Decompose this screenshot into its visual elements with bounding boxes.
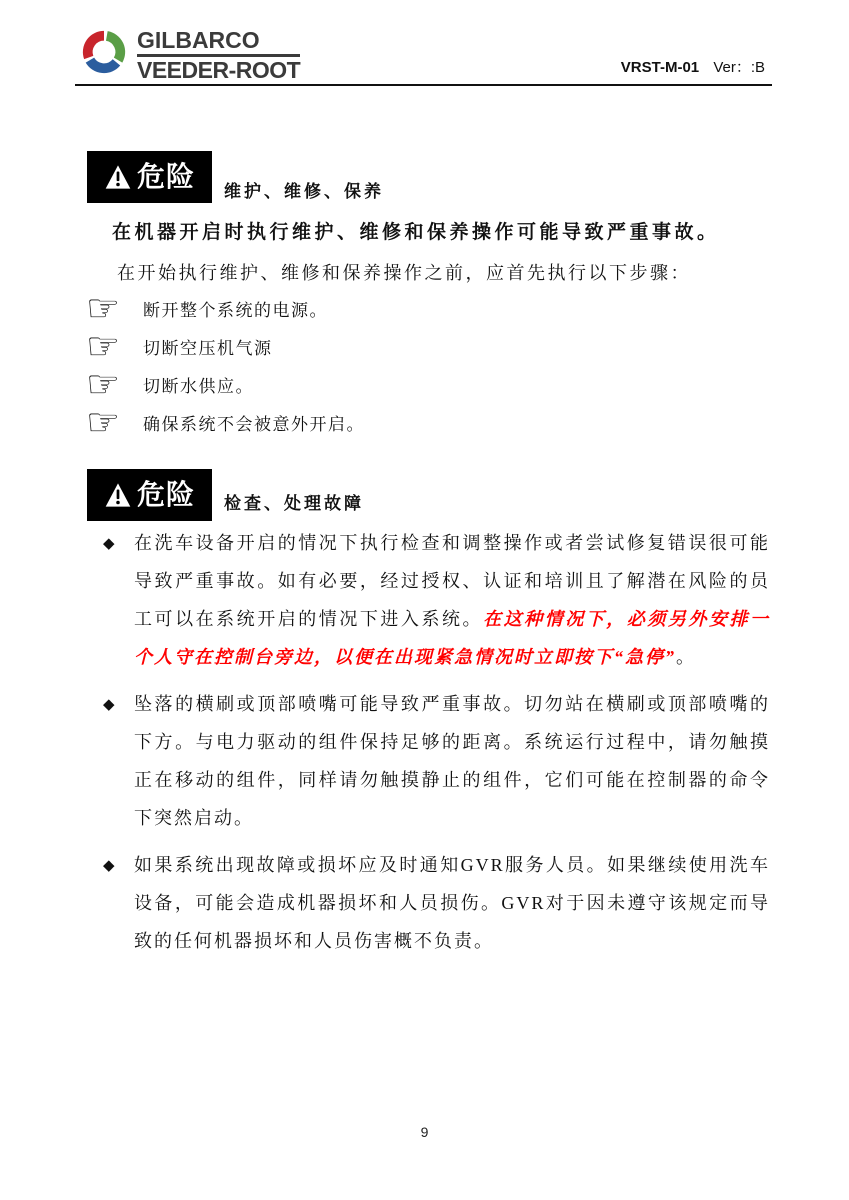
diamond-bullet-icon: ◆	[103, 524, 134, 676]
list-item: ☞ 确保系统不会被意外开启。	[86, 403, 365, 441]
warning-triangle-icon	[104, 164, 132, 190]
step-text: 确保系统不会被意外开启。	[143, 410, 365, 435]
list-item: ◆ 如果系统出现故障或损坏应及时通知GVR服务人员。如果继续使用洗车设备，可能会…	[103, 846, 770, 960]
list-item: ◆ 坠落的横刷或顶部喷嘴可能导致严重事故。切勿站在横刷或顶部喷嘴的下方。与电力驱…	[103, 685, 770, 837]
list-item: ☞ 切断水供应。	[86, 365, 365, 403]
danger-label: 危险	[137, 481, 195, 509]
logo-line-veeder-root: VEEDER-ROOT	[137, 57, 300, 82]
step-text: 断开整个系统的电源。	[143, 296, 328, 321]
section-title-inspection: 检查、处理故障	[224, 489, 364, 514]
document-page: GILBARCO VEEDER-ROOT VRST-M-01 Ver：:B 危险…	[0, 0, 849, 1200]
bullet-paragraph: 如果系统出现故障或损坏应及时通知GVR服务人员。如果继续使用洗车设备，可能会造成…	[134, 846, 770, 960]
logo-line-gilbarco: GILBARCO	[137, 29, 300, 57]
document-code: VRST-M-01 Ver：:B	[621, 56, 765, 77]
step-text: 切断水供应。	[143, 372, 254, 397]
inspection-bullet-list: ◆ 在洗车设备开启的情况下执行检查和调整操作或者尝试修复错误很可能导致严重事故。…	[103, 524, 770, 969]
pointing-hand-icon: ☞	[86, 331, 143, 361]
maintenance-steps-list: ☞ 断开整个系统的电源。 ☞ 切断空压机气源 ☞ 切断水供应。 ☞ 确保系统不会…	[86, 289, 365, 441]
diamond-bullet-icon: ◆	[103, 685, 134, 837]
page-number: 9	[0, 1124, 849, 1140]
company-logo: GILBARCO VEEDER-ROOT	[78, 26, 300, 82]
diamond-bullet-icon: ◆	[103, 846, 134, 960]
doc-version-value: Ver：:B	[713, 59, 765, 76]
danger-banner-inspection: 危险	[87, 469, 212, 521]
maintenance-warning-text: 在机器开启时执行维护、维修和保养操作可能导致严重事故。	[112, 217, 720, 244]
bullet-text-period: 。	[676, 647, 696, 667]
list-item: ☞ 切断空压机气源	[86, 327, 365, 365]
list-item: ◆ 在洗车设备开启的情况下执行检查和调整操作或者尝试修复错误很可能导致严重事故。…	[103, 524, 770, 676]
list-item: ☞ 断开整个系统的电源。	[86, 289, 365, 327]
logo-wordmark: GILBARCO VEEDER-ROOT	[137, 26, 300, 82]
pointing-hand-icon: ☞	[86, 369, 143, 399]
doc-code-value: VRST-M-01	[621, 59, 699, 76]
danger-banner-maintenance: 危险	[87, 151, 212, 203]
gilbarco-logo-icon	[78, 26, 130, 78]
danger-label: 危险	[137, 163, 195, 191]
pointing-hand-icon: ☞	[86, 293, 143, 323]
step-text: 切断空压机气源	[143, 334, 273, 359]
section-title-maintenance: 维护、维修、保养	[224, 177, 384, 202]
maintenance-intro-text: 在开始执行维护、维修和保养操作之前，应首先执行以下步骤：	[117, 259, 691, 285]
bullet-paragraph: 坠落的横刷或顶部喷嘴可能导致严重事故。切勿站在横刷或顶部喷嘴的下方。与电力驱动的…	[134, 685, 770, 837]
bullet-paragraph: 在洗车设备开启的情况下执行检查和调整操作或者尝试修复错误很可能导致严重事故。如有…	[134, 524, 770, 676]
header-divider	[75, 84, 772, 86]
warning-triangle-icon	[104, 482, 132, 508]
pointing-hand-icon: ☞	[86, 407, 143, 437]
